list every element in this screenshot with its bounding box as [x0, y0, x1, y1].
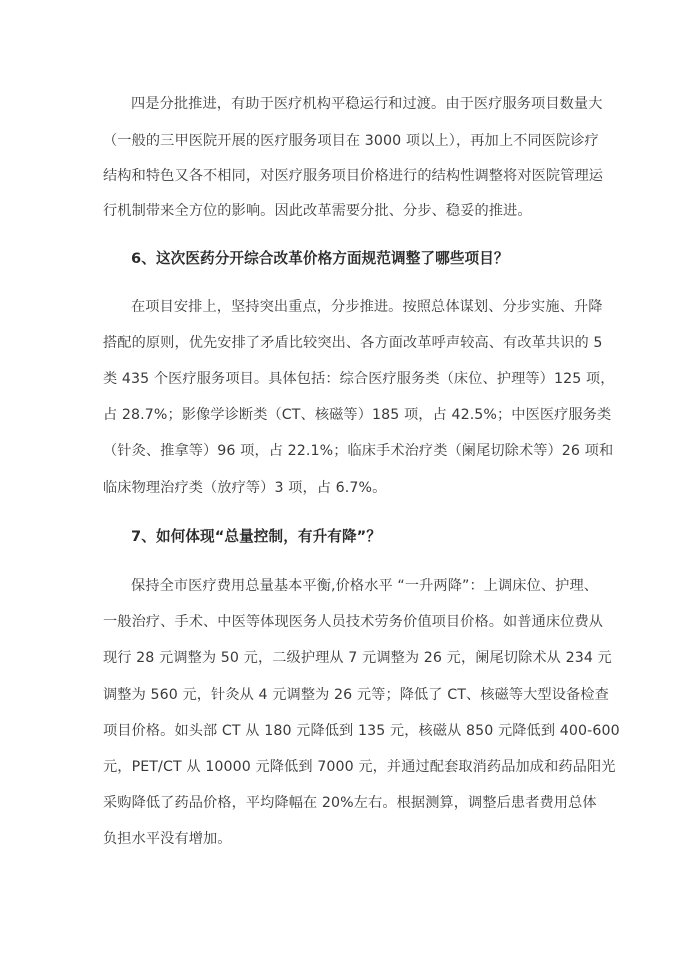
text-line: 在项目安排上，坚持突出重点，分步推进。按照总体谋划、分步实施、升降 — [131, 297, 611, 317]
text-line: 四是分批推进，有助于医疗机构平稳运行和过渡。由于医疗服务项目数量大 — [131, 94, 611, 114]
text-line: 采购降低了药品价格，平均降幅在 20%左右。根据测算，调整后患者费用总体 — [103, 793, 583, 813]
text-line: 类 435 个医疗服务项目。具体包括：综合医疗服务类（床位、护理等）125 项， — [103, 369, 583, 389]
section-heading-6: 6、这次医药分开综合改革价格方面规范调整了哪些项目？ — [131, 249, 611, 269]
text-line: 负担水平没有增加。 — [103, 829, 583, 849]
text-line: 项目价格。如头部 CT 从 180 元降低到 135 元，核磁从 850 元降低… — [103, 721, 583, 741]
text-line: 元，PET/CT 从 10000 元降低到 7000 元，并通过配套取消药品加成… — [103, 757, 583, 777]
text-line: （针灸、推拿等）96 项，占 22.1%；临床手术治疗类（阑尾切除术等）26 项… — [103, 441, 583, 461]
text-line: 结构和特色又各不相同，对医疗服务项目价格进行的结构性调整将对医院管理运 — [103, 166, 583, 186]
text-line: 现行 28 元调整为 50 元，二级护理从 7 元调整为 26 元，阑尾切除术从… — [103, 648, 583, 668]
text-line: 保持全市医疗费用总量基本平衡,价格水平 “一升两降”：上调床位、护理、 — [131, 576, 611, 596]
section-heading-7: 7、如何体现“总量控制，有升有降”？ — [131, 527, 611, 547]
text-line: （一般的三甲医院开展的医疗服务项目在 3000 项以上），再加上不同医院诊疗 — [103, 131, 583, 151]
text-line: 一般治疗、手术、中医等体现医务人员技术劳务价值项目价格。如普通床位费从 — [103, 612, 583, 632]
text-line: 行机制带来全方位的影响。因此改革需要分批、分步、稳妥的推进。 — [103, 201, 583, 221]
text-line: 搭配的原则，优先安排了矛盾比较突出、各方面改革呼声较高、有改革共识的 5 — [103, 333, 583, 353]
text-line: 占 28.7%；影像学诊断类（CT、核磁等）185 项，占 42.5%；中医医疗… — [103, 405, 583, 425]
text-line: 调整为 560 元，针灸从 4 元调整为 26 元等；降低了 CT、核磁等大型设… — [103, 685, 583, 705]
text-line: 临床物理治疗类（放疗等）3 项，占 6.7%。 — [103, 478, 583, 498]
